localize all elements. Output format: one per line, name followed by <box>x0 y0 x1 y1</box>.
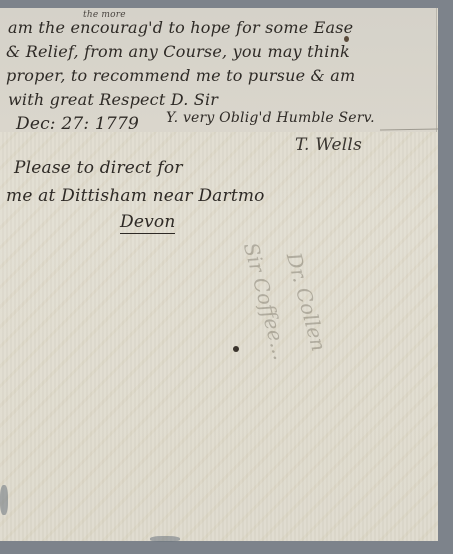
ink-blot <box>233 346 239 352</box>
paper-edge-stain <box>150 536 180 542</box>
letter-line-1: am the encourag'd to hope for some Ease <box>8 18 353 37</box>
postscript-line-2: me at Dittisham near Dartmo <box>6 186 265 206</box>
letter-signature: T. Wells <box>295 135 362 155</box>
ink-blot <box>344 36 349 42</box>
letter-closing: Y. very Oblig'd Humble Serv. <box>166 110 375 126</box>
letter-date: Dec: 27: 1779 <box>16 114 139 134</box>
postscript-line-1: Please to direct for <box>14 158 183 178</box>
county-text: Devon <box>120 212 175 234</box>
letter-line-4: with great Respect D. Sir <box>8 90 218 109</box>
paper-edge-stain <box>0 485 8 515</box>
letter-line-2: & Relief, from any Course, you may think <box>6 42 350 61</box>
letter-line-3: proper, to recommend me to pursue & am <box>6 66 355 85</box>
postscript-county: Devon <box>120 212 175 232</box>
